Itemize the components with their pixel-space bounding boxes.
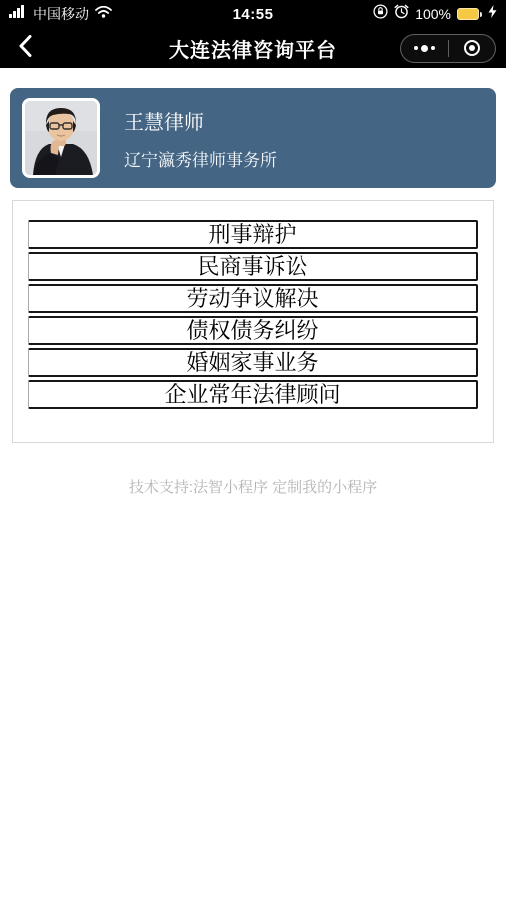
battery-percent-label: 100%: [415, 6, 451, 22]
menu-item-debt-dispute[interactable]: 债权债务纠纷: [28, 316, 478, 345]
lawyer-name: 王慧律师: [124, 106, 277, 135]
rotation-lock-icon: [373, 4, 388, 24]
charging-bolt-icon: [488, 5, 497, 23]
service-menu-panel: 刑事辩护 民商事诉讼 劳动争议解决 债权债务纠纷 婚姻家事业务 企业常年法律顾问: [12, 200, 494, 443]
tech-support-footer: 技术支持:法智小程序 定制我的小程序: [0, 476, 506, 497]
menu-item-corporate-counsel[interactable]: 企业常年法律顾问: [28, 380, 478, 409]
back-chevron-icon: [19, 35, 32, 62]
status-bar: 中国移动 14:55: [0, 0, 506, 28]
menu-item-labor-dispute[interactable]: 劳动争议解决: [28, 284, 478, 313]
more-button[interactable]: [401, 35, 448, 62]
carrier-label: 中国移动: [33, 4, 89, 24]
alarm-clock-icon: [394, 4, 409, 24]
more-dots-icon: [414, 45, 435, 52]
menu-item-criminal-defense[interactable]: 刑事辩护: [28, 220, 478, 249]
menu-item-marriage-family[interactable]: 婚姻家事业务: [28, 348, 478, 377]
lawyer-avatar: [22, 98, 100, 178]
battery-icon: [457, 8, 482, 20]
law-firm-name: 辽宁瀛秀律师事务所: [124, 146, 277, 171]
exit-circle-icon: [464, 40, 480, 56]
back-button[interactable]: [8, 28, 42, 68]
signal-bars-icon: [9, 5, 27, 23]
menu-item-civil-litigation[interactable]: 民商事诉讼: [28, 252, 478, 281]
exit-button[interactable]: [449, 35, 496, 62]
wifi-icon: [95, 5, 112, 23]
lawyer-profile-card: 王慧律师 辽宁瀛秀律师事务所: [10, 88, 496, 188]
nav-bar: 大连法律咨询平台: [0, 28, 506, 68]
miniprogram-screen: 中国移动 14:55: [0, 0, 506, 900]
miniprogram-capsule: [400, 34, 496, 63]
